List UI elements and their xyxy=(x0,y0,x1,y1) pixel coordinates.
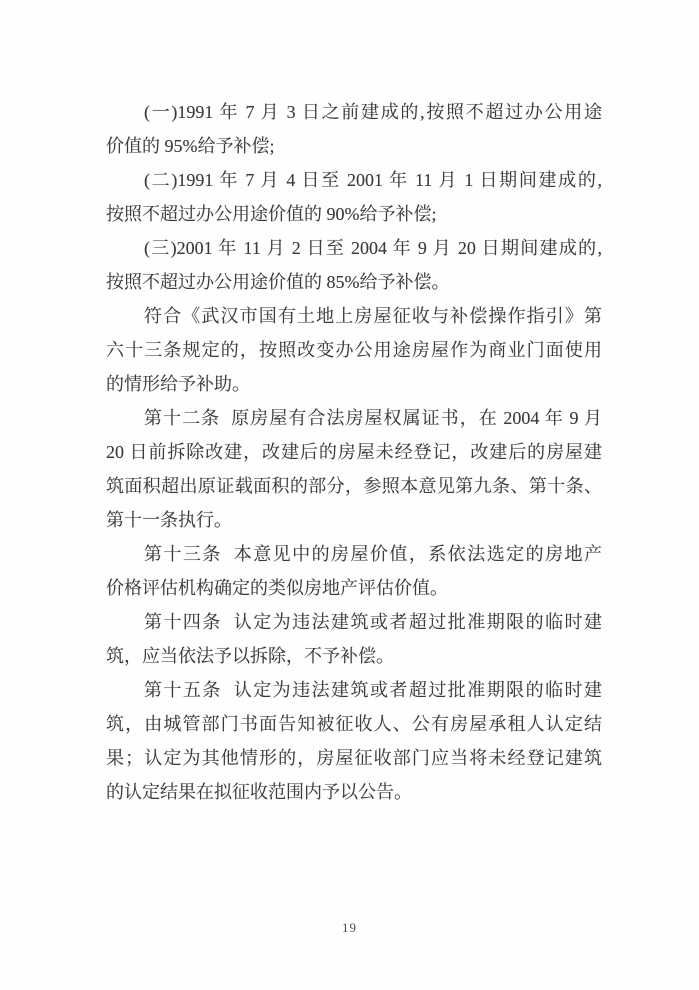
text-line: 20 日前拆除改建，改建后的房屋未经登记，改建后的房屋建 xyxy=(106,435,602,469)
text-line: 按照不超过办公用途价值的 90%给予补偿; xyxy=(106,197,602,231)
document-body: (一)1991 年 7 月 3 日之前建成的,按照不超过办公用途 价值的 95%… xyxy=(106,95,602,809)
paragraph-item-8: 第十五条 认定为违法建筑或者超过批准期限的临时建 筑，由城管部门书面告知被征收人… xyxy=(106,673,602,809)
text-line: 果；认定为其他情形的，房屋征收部门应当将未经登记建筑 xyxy=(106,741,602,775)
text-line: 第十一条执行。 xyxy=(106,503,602,537)
paragraph-item-2: (二)1991 年 7 月 4 日至 2001 年 11 月 1 日期间建成的,… xyxy=(106,163,602,231)
paragraph-item-6: 第十三条 本意见中的房屋价值，系依法选定的房地产 价格评估机构确定的类似房地产评… xyxy=(106,537,602,605)
paragraph-item-7: 第十四条 认定为违法建筑或者超过批准期限的临时建 筑，应当依法予以拆除，不予补偿… xyxy=(106,605,602,673)
paragraph-item-4: 符合《武汉市国有土地上房屋征收与补偿操作指引》第 六十三条规定的，按照改变办公用… xyxy=(106,299,602,401)
text-line: 第十四条 认定为违法建筑或者超过批准期限的临时建 xyxy=(106,605,602,639)
text-line: (二)1991 年 7 月 4 日至 2001 年 11 月 1 日期间建成的, xyxy=(106,163,602,197)
text-line: 筑，由城管部门书面告知被征收人、公有房屋承租人认定结 xyxy=(106,707,602,741)
text-line: 符合《武汉市国有土地上房屋征收与补偿操作指引》第 xyxy=(106,299,602,333)
paragraph-item-5: 第十二条 原房屋有合法房屋权属证书，在 2004 年 9 月 20 日前拆除改建… xyxy=(106,401,602,537)
text-line: 的认定结果在拟征收范围内予以公告。 xyxy=(106,775,602,809)
paragraph-item-1: (一)1991 年 7 月 3 日之前建成的,按照不超过办公用途 价值的 95%… xyxy=(106,95,602,163)
text-line: 第十三条 本意见中的房屋价值，系依法选定的房地产 xyxy=(106,537,602,571)
text-line: 筑，应当依法予以拆除，不予补偿。 xyxy=(106,639,602,673)
text-line: 价值的 95%给予补偿; xyxy=(106,129,602,163)
text-line: (一)1991 年 7 月 3 日之前建成的,按照不超过办公用途 xyxy=(106,95,602,129)
text-line: 六十三条规定的，按照改变办公用途房屋作为商业门面使用 xyxy=(106,333,602,367)
text-line: 的情形给予补助。 xyxy=(106,367,602,401)
page-number: 19 xyxy=(0,920,699,936)
text-line: (三)2001 年 11 月 2 日至 2004 年 9 月 20 日期间建成的… xyxy=(106,231,602,265)
text-line: 按照不超过办公用途价值的 85%给予补偿。 xyxy=(106,265,602,299)
text-line: 筑面积超出原证载面积的部分，参照本意见第九条、第十条、 xyxy=(106,469,602,503)
document-page: (一)1991 年 7 月 3 日之前建成的,按照不超过办公用途 价值的 95%… xyxy=(0,0,699,990)
text-line: 第十五条 认定为违法建筑或者超过批准期限的临时建 xyxy=(106,673,602,707)
paragraph-item-3: (三)2001 年 11 月 2 日至 2004 年 9 月 20 日期间建成的… xyxy=(106,231,602,299)
text-line: 第十二条 原房屋有合法房屋权属证书，在 2004 年 9 月 xyxy=(106,401,602,435)
text-line: 价格评估机构确定的类似房地产评估价值。 xyxy=(106,571,602,605)
